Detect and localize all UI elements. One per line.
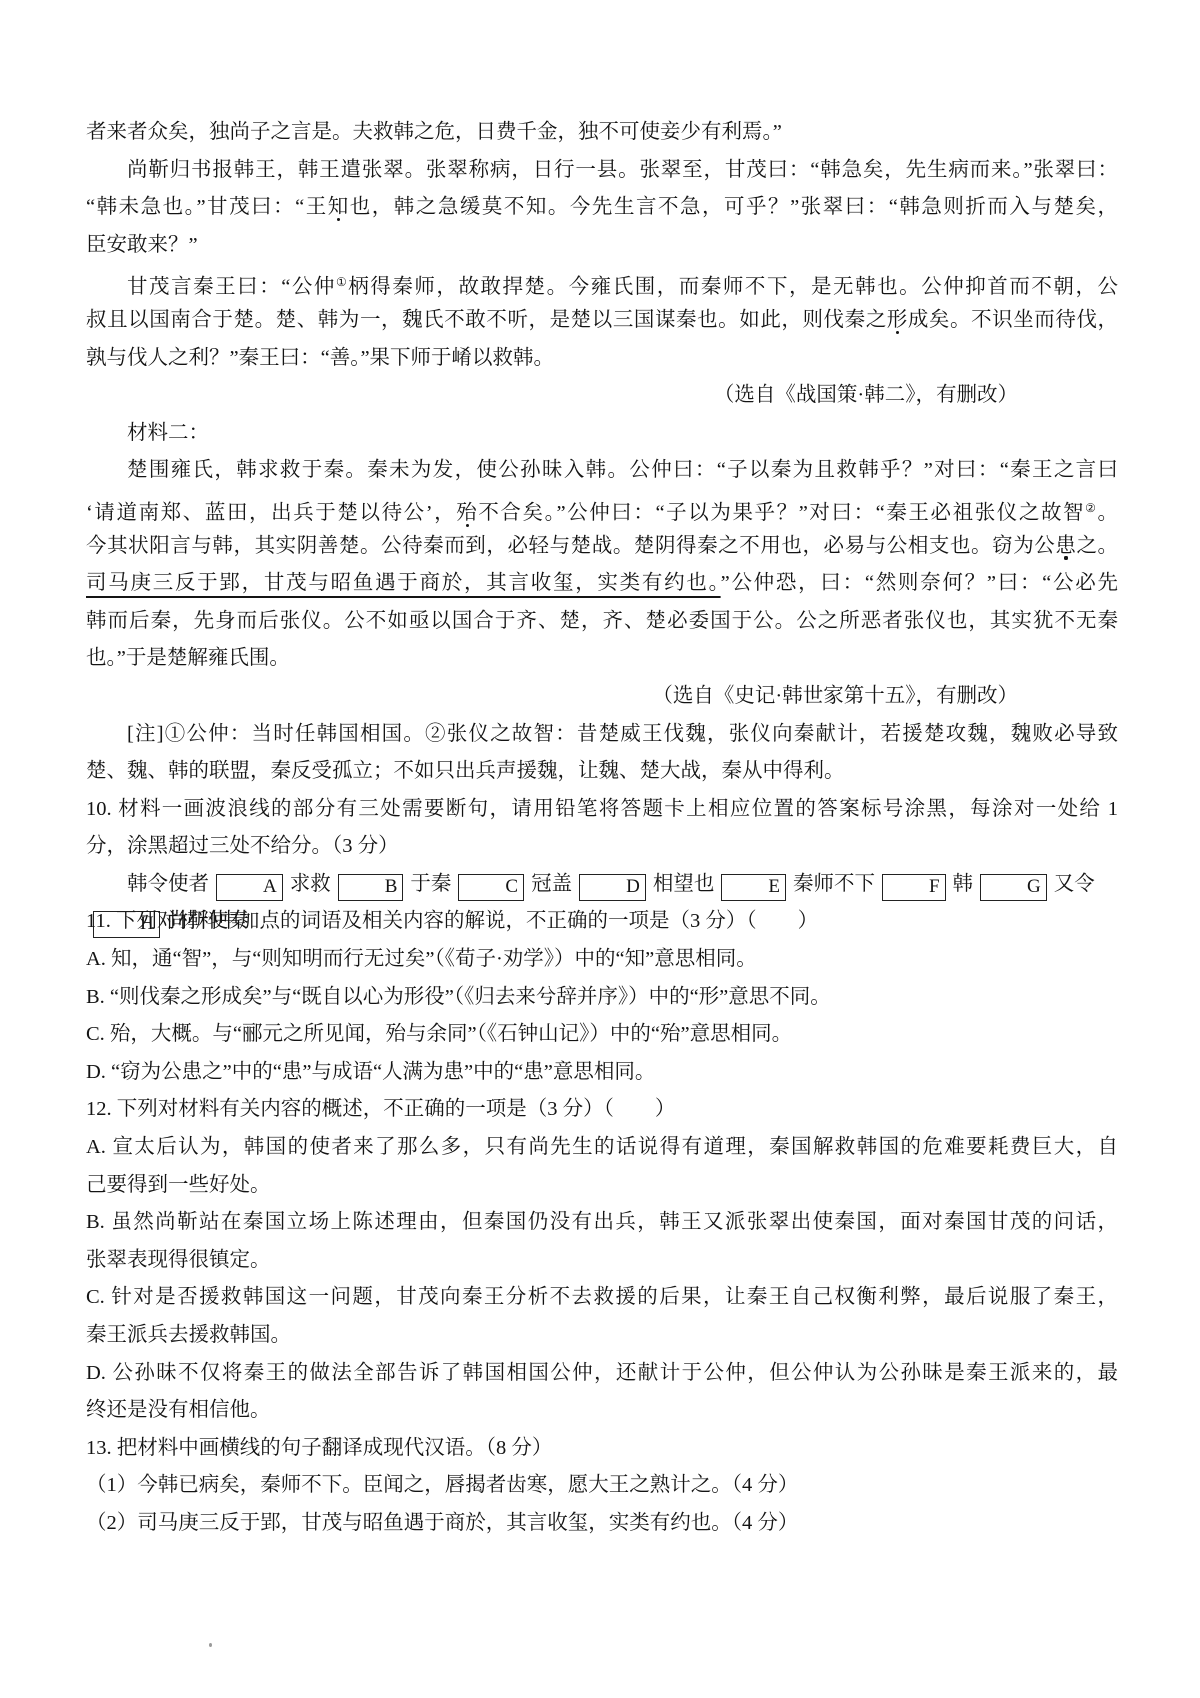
text-segment: 尚靳归书报韩王，韩王遣张翠。张翠称病，日行一县。张翠至，甘茂曰：“韩急矣，先生病… xyxy=(127,159,1118,181)
text-segment: 也。”于是楚解雍氏围。 xyxy=(86,647,290,669)
question-13-stem: 13. 把材料中画横线的句子翻译成现代汉语。（8 分） xyxy=(86,1430,1118,1468)
question-10-line-1: 10. 材料一画波浪线的部分有三处需要断句，请用铅笔将答题卡上相应位置的答案标号… xyxy=(86,791,1118,829)
material1-line-1: 者来者众矣，独尚子之言是。夫救韩之危，日费千金，独不可使妾少有利焉。” xyxy=(86,114,1118,152)
question-10-line-2: 分，涂黑超过三处不给分。（3 分） xyxy=(86,828,1118,866)
question-11-option-a: A. 知，通“智”，与“则知明而行无过矣”（《荀子·劝学》）中的“知”意思相同。 xyxy=(86,941,1118,979)
text-segment: 材料二： xyxy=(127,422,209,444)
text-segment: 于秦 xyxy=(410,873,451,895)
question-13-part-2: （2）司马庚三反于郢，甘茂与昭鱼遇于商於，其言收玺，实类有约也。（4 分） xyxy=(86,1505,1118,1543)
question-11-option-c: C. 殆，大概。与“郦元之所见闻，殆与余同”（《石钟山记》）中的“殆”意思相同。 xyxy=(86,1016,1118,1054)
scan-artifact-dot xyxy=(209,1643,212,1647)
text-segment: 相望也 xyxy=(653,873,715,895)
underlined-sentence: 司马庚三反于郢，甘茂与昭鱼遇于商於，其言收玺，实类有约也。 xyxy=(86,572,721,594)
text-segment: （1）今韩已病矣，秦师不下。臣闻之，唇揭者齿寒，愿大王之熟计之。（4 分） xyxy=(86,1474,798,1496)
material1-line-4: 臣安敢来？” xyxy=(86,227,1118,265)
text-segment: 11. 下列对材料中加点的词语及相关内容的解说，不正确的一项是（3 分）（ ） xyxy=(86,910,818,932)
material1-line-5: 甘茂言秦王曰：“公仲①柄得秦师，故敢捍楚。今雍氏围，而秦师不下，是无韩也。公仲抑… xyxy=(86,264,1118,302)
text-segment: ”公仲恐，曰：“然则奈何？”曰：“公必先 xyxy=(721,572,1118,594)
text-segment: C. 针对是否援救韩国这一问题，甘茂向秦王分析不去救援的后果，让秦王自己权衡利弊… xyxy=(86,1286,1118,1308)
emphasis-dotted-char: 知 xyxy=(328,196,350,218)
text-segment: 不合矣。”公仲曰：“子以为果乎？”对曰：“秦王必祖张仪之故智 xyxy=(478,502,1085,524)
question-12-option-b-line-1: B. 虽然尚靳站在秦国立场上陈述理由，但秦国仍没有出兵，韩王又派张翠出使秦国，面… xyxy=(86,1204,1118,1242)
text-segment: 韩 xyxy=(953,873,974,895)
answer-label-box-E: E xyxy=(721,874,786,901)
text-segment: 韩令使者 xyxy=(127,873,209,895)
question-12-option-d-line-2: 终还是没有相信他。 xyxy=(86,1392,1118,1430)
text-segment: A. 知，通“智”，与“则知明而行无过矣”（《荀子·劝学》）中的“知”意思相同。 xyxy=(86,948,757,970)
question-13-part-1: （1）今韩已病矣，秦师不下。臣闻之，唇揭者齿寒，愿大王之熟计之。（4 分） xyxy=(86,1467,1118,1505)
question-11-option-d: D. “窃为公患之”中的“患”与成语“人满为患”中的“患”意思相同。 xyxy=(86,1054,1118,1092)
question-12-option-a-line-1: A. 宣太后认为，韩国的使者来了那么多，只有尚先生的话说得有道理，秦国解救韩国的… xyxy=(86,1129,1118,1167)
question-12-option-c-line-2: 秦王派兵去援救韩国。 xyxy=(86,1317,1118,1355)
text-segment: （选自《史记·韩世家第十五》，有删改） xyxy=(652,685,1018,707)
material2-line-5: 韩而后秦，先身而后张仪。公不如亟以国合于齐、楚，齐、楚必委国于公。公之所恶者张仪… xyxy=(86,603,1118,641)
material2-line-4-underlined: 司马庚三反于郢，甘茂与昭鱼遇于商於，其言收玺，实类有约也。”公仲恐，曰：“然则奈… xyxy=(86,565,1118,603)
answer-label-box-F: F xyxy=(882,874,946,901)
text-segment: 己要得到一些好处。 xyxy=(86,1174,271,1196)
text-segment: ‘请道南郑、蓝田，出兵于楚以待公’， xyxy=(86,502,456,524)
text-segment: 13. 把材料中画横线的句子翻译成现代汉语。（8 分） xyxy=(86,1437,552,1459)
text-segment: （2）司马庚三反于郢，甘茂与昭鱼遇于商於，其言收玺，实类有约也。（4 分） xyxy=(86,1512,798,1534)
material1-line-7: 孰与伐人之利？”秦王曰：“善。”果下师于崤以救韩。 xyxy=(86,340,1118,378)
question-12-option-d-line-1: D. 公孙昧不仅将秦王的做法全部告诉了韩国相国公仲，还献计于公仲，但公仲认为公孙… xyxy=(86,1355,1118,1393)
question-11-option-b: B. “则伐秦之形成矣”与“既自以心为形役”（《归去来兮辞并序》）中的“形”意思… xyxy=(86,979,1118,1017)
material2-source: （选自《史记·韩世家第十五》，有删改） xyxy=(86,678,1118,716)
text-segment: “韩未急也。”甘茂曰：“王 xyxy=(86,196,328,218)
exam-page: 者来者众矣，独尚子之言是。夫救韩之危，日费千金，独不可使妾少有利焉。”尚靳归书报… xyxy=(0,0,1200,1698)
text-segment: 10. 材料一画波浪线的部分有三处需要断句，请用铅笔将答题卡上相应位置的答案标号… xyxy=(86,798,1118,820)
footnote-line-2: 楚、魏、韩的联盟，秦反受孤立；不如只出兵声援魏，让魏、楚大战，秦从中得利。 xyxy=(86,753,1118,791)
text-segment: 冠盖 xyxy=(531,873,572,895)
text-segment: 之。 xyxy=(1076,535,1118,557)
text-segment: 臣安敢来？” xyxy=(86,234,198,256)
text-segment: 又令 xyxy=(1054,873,1095,895)
emphasis-dotted-char: 形 xyxy=(887,309,908,331)
answer-label-box-A: A xyxy=(216,874,283,901)
material2-line-1: 楚围雍氏，韩求救于秦。秦未为发，使公孙昧入韩。公仲曰：“子以秦为且救韩乎？”对曰… xyxy=(86,452,1118,490)
material2-line-6: 也。”于是楚解雍氏围。 xyxy=(86,640,1118,678)
text-segment: A. 宣太后认为，韩国的使者来了那么多，只有尚先生的话说得有道理，秦国解救韩国的… xyxy=(86,1136,1118,1158)
material1-line-2: 尚靳归书报韩王，韩王遣张翠。张翠称病，日行一县。张翠至，甘茂曰：“韩急矣，先生病… xyxy=(86,152,1118,190)
text-segment: 终还是没有相信他。 xyxy=(86,1399,271,1421)
question-10-answer-strip: 韩令使者A求救B于秦C冠盖D相望也E秦师不下F韩G又令H尚靳使秦 xyxy=(86,866,1118,904)
footnote-marker: ② xyxy=(1085,501,1097,515)
emphasis-dotted-char: 患 xyxy=(1055,535,1076,557)
question-12-stem: 12. 下列对材料有关内容的概述，不正确的一项是（3 分）（ ） xyxy=(86,1091,1118,1129)
material2-heading: 材料二： xyxy=(86,415,1118,453)
text-segment: B. 虽然尚靳站在秦国立场上陈述理由，但秦国仍没有出兵，韩王又派张翠出使秦国，面… xyxy=(86,1211,1118,1233)
text-segment: B. “则伐秦之形成矣”与“既自以心为形役”（《归去来兮辞并序》）中的“形”意思… xyxy=(86,986,831,1008)
text-segment: 求救 xyxy=(290,873,331,895)
text-segment: D. “窃为公患之”中的“患”与成语“人满为患”中的“患”意思相同。 xyxy=(86,1061,655,1083)
answer-label-box-C: C xyxy=(458,874,524,901)
text-segment: C. 殆，大概。与“郦元之所见闻，殆与余同”（《石钟山记》）中的“殆”意思相同。 xyxy=(86,1023,792,1045)
text-segment: （选自《战国策·韩二》，有删改） xyxy=(714,384,1018,406)
question-12-option-c-line-1: C. 针对是否援救韩国这一问题，甘茂向秦王分析不去救援的后果，让秦王自己权衡利弊… xyxy=(86,1279,1118,1317)
question-12-option-b-line-2: 张翠表现得很镇定。 xyxy=(86,1242,1118,1280)
text-segment: 楚围雍氏，韩求救于秦。秦未为发，使公孙昧入韩。公仲曰：“子以秦为且救韩乎？”对曰… xyxy=(127,459,1118,481)
text-segment: 今其状阳言与韩，其实阴善楚。公待秦而到，必轻与楚战。楚阴得秦之不用也，必易与公相… xyxy=(86,535,1055,557)
footnote-marker: ① xyxy=(336,275,348,289)
question-12-option-a-line-2: 己要得到一些好处。 xyxy=(86,1167,1118,1205)
answer-label-box-G: G xyxy=(980,874,1047,901)
text-segment: 也，韩之急缓莫不知。今先生言不急，可乎？”张翠曰：“韩急则折而入与楚矣， xyxy=(350,196,1118,218)
text-segment: 分，涂黑超过三处不给分。（3 分） xyxy=(86,835,399,857)
text-segment: 秦师不下 xyxy=(793,873,875,895)
material1-line-6: 叔且以国南合于楚。楚、韩为一，魏氏不敢不听，是楚以三国谋秦也。如此，则伐秦之形成… xyxy=(86,302,1118,340)
text-segment: 成矣。不识坐而待伐， xyxy=(908,309,1118,331)
text-segment: 秦王派兵去援救韩国。 xyxy=(86,1324,291,1346)
material1-source: （选自《战国策·韩二》，有删改） xyxy=(86,377,1118,415)
footnote-line-1: [注]①公仲：当时任韩国相国。②张仪之故智：昔楚威王伐魏，张仪向秦献计，若援楚攻… xyxy=(86,716,1118,754)
text-segment: [注]①公仲：当时任韩国相国。②张仪之故智：昔楚威王伐魏，张仪向秦献计，若援楚攻… xyxy=(127,723,1118,745)
document-content: 者来者众矣，独尚子之言是。夫救韩之危，日费千金，独不可使妾少有利焉。”尚靳归书报… xyxy=(86,114,1118,1543)
material2-line-3: 今其状阳言与韩，其实阴善楚。公待秦而到，必轻与楚战。楚阴得秦之不用也，必易与公相… xyxy=(86,528,1118,566)
question-11-stem: 11. 下列对材料中加点的词语及相关内容的解说，不正确的一项是（3 分）（ ） xyxy=(86,903,1118,941)
text-segment: 孰与伐人之利？”秦王曰：“善。”果下师于崤以救韩。 xyxy=(86,347,554,369)
text-segment: 楚、魏、韩的联盟，秦反受孤立；不如只出兵声援魏，让魏、楚大战，秦从中得利。 xyxy=(86,760,845,782)
text-segment: 12. 下列对材料有关内容的概述，不正确的一项是（3 分）（ ） xyxy=(86,1098,675,1120)
text-segment: 张翠表现得很镇定。 xyxy=(86,1249,271,1271)
text-segment: 。 xyxy=(1098,502,1119,524)
answer-label-box-D: D xyxy=(579,874,646,901)
text-segment: D. 公孙昧不仅将秦王的做法全部告诉了韩国相国公仲，还献计于公仲，但公仲认为公孙… xyxy=(86,1362,1118,1384)
material2-line-2: ‘请道南郑、蓝田，出兵于楚以待公’，殆不合矣。”公仲曰：“子以为果乎？”对曰：“… xyxy=(86,490,1118,528)
text-segment: 甘茂言秦王曰：“公仲 xyxy=(127,276,336,298)
emphasis-dotted-char: 殆 xyxy=(456,502,478,524)
answer-label-box-B: B xyxy=(338,874,404,901)
text-segment: 者来者众矣，独尚子之言是。夫救韩之危，日费千金，独不可使妾少有利焉。” xyxy=(86,121,782,143)
text-segment: 韩而后秦，先身而后张仪。公不如亟以国合于齐、楚，齐、楚必委国于公。公之所恶者张仪… xyxy=(86,610,1118,632)
text-segment: 柄得秦师，故敢捍楚。今雍氏围，而秦师不下，是无韩也。公仲抑首而不朝，公 xyxy=(348,276,1118,298)
material1-line-3: “韩未急也。”甘茂曰：“王知也，韩之急缓莫不知。今先生言不急，可乎？”张翠曰：“… xyxy=(86,189,1118,227)
text-segment: 叔且以国南合于楚。楚、韩为一，魏氏不敢不听，是楚以三国谋秦也。如此，则伐秦之 xyxy=(86,309,887,331)
